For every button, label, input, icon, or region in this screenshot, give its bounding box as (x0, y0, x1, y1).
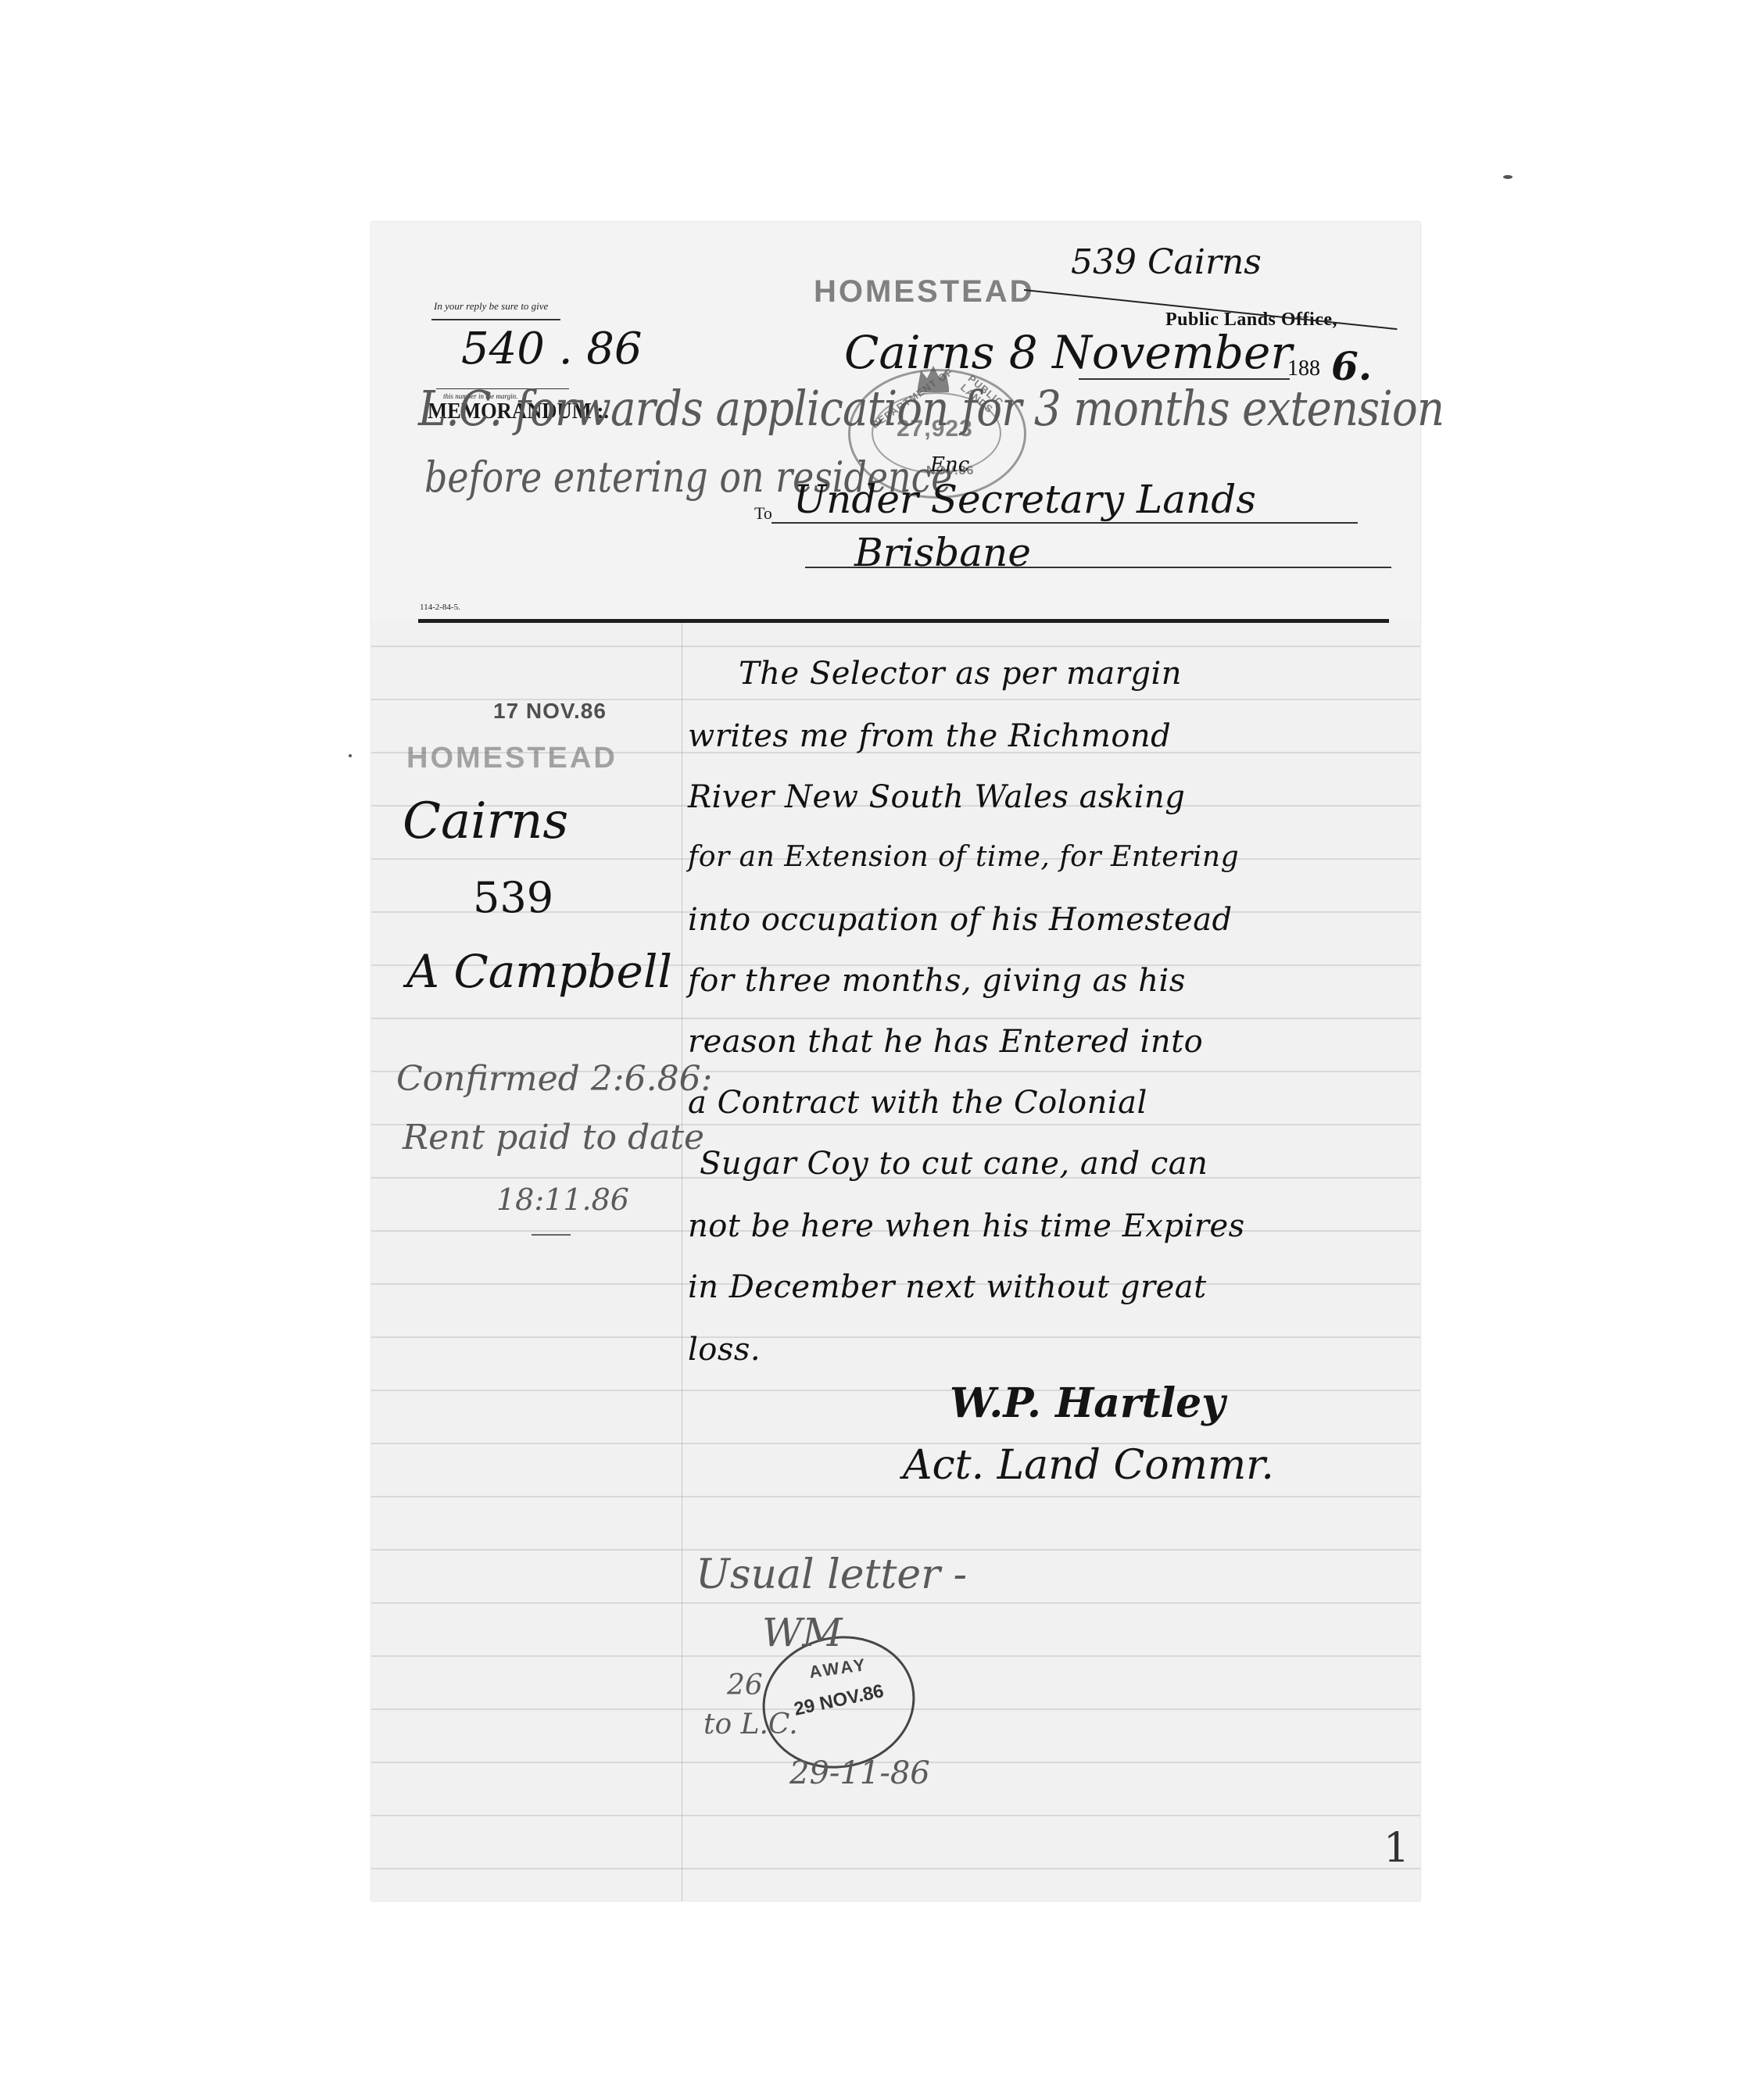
minute-reference: 26 (727, 1672, 763, 1700)
minute-note: Usual letter - (696, 1554, 967, 1595)
body-line: not be here when his time Expires (688, 1208, 1245, 1244)
reply-instruction: In your reply be sure to give (434, 300, 548, 313)
signature: W.P. Hartley (950, 1383, 1225, 1424)
margin-confirmed: Confirmed 2:6.86: (396, 1062, 712, 1097)
margin-rent: Rent paid to date (403, 1121, 704, 1155)
body-line: in December next without great (688, 1269, 1207, 1305)
header-divider (418, 619, 1389, 623)
scan-speck (349, 754, 352, 757)
body-line: into occupation of his Homestead (688, 902, 1233, 938)
body-line: The Selector as per margin (739, 656, 1182, 692)
body-line: reason that he has Entered into (688, 1024, 1203, 1060)
margin-place: Cairns (403, 796, 568, 846)
form-code: 114-2-84-5. (420, 603, 460, 612)
addressee-line-2: Brisbane (854, 533, 1031, 572)
homestead-stamp-top: HOMESTEAD (814, 274, 1035, 309)
margin-divider (682, 623, 682, 1901)
away-stamp: AWAY 29 NOV.86 (762, 1637, 918, 1769)
reference-rule-top (431, 319, 560, 320)
body-line: Sugar Coy to cut cane, and can (700, 1146, 1208, 1182)
signature-title: Act. Land Commr. (903, 1445, 1274, 1486)
margin-rent-date: 18:11.86 (496, 1185, 629, 1215)
reference-number: 540 . 86 (461, 327, 643, 371)
body-line: for three months, giving as his (688, 963, 1186, 999)
body-line: writes me from the Richmond (688, 718, 1171, 754)
minute-to: to L.C. (703, 1711, 798, 1739)
body-line: a Contract with the Colonial (688, 1085, 1147, 1121)
body-line: loss. (688, 1332, 761, 1368)
file-reference: 539 Cairns (1071, 245, 1262, 280)
scan-speck (1503, 175, 1513, 179)
summary-line-1: L.C. forwards application for 3 months e… (418, 385, 1444, 433)
to-label: To (754, 503, 772, 524)
initials: WM (762, 1613, 843, 1652)
margin-number: 539 (473, 877, 553, 919)
page-number: 1 (1384, 1828, 1409, 1869)
received-date-stamp: 17 NOV.86 (493, 699, 607, 724)
body-line: River New South Wales asking (688, 779, 1185, 815)
addressee-line-1: Under Secretary Lands (793, 480, 1256, 519)
addressee-rule-1 (771, 522, 1358, 524)
rent-date-underline (532, 1234, 571, 1236)
body-line: for an Extension of time, for Entering (688, 841, 1239, 873)
memorandum-page: In your reply be sure to give this numbe… (371, 222, 1420, 1901)
place-and-date: Cairns 8 November (844, 330, 1292, 375)
minute-date: 29-11-86 (789, 1758, 930, 1789)
enclosure-mark: Enc (930, 455, 969, 475)
margin-selector-name: A Campbell (406, 949, 672, 994)
year-prefix: 188 (1287, 356, 1320, 381)
homestead-stamp-margin: HOMESTEAD (406, 742, 618, 775)
